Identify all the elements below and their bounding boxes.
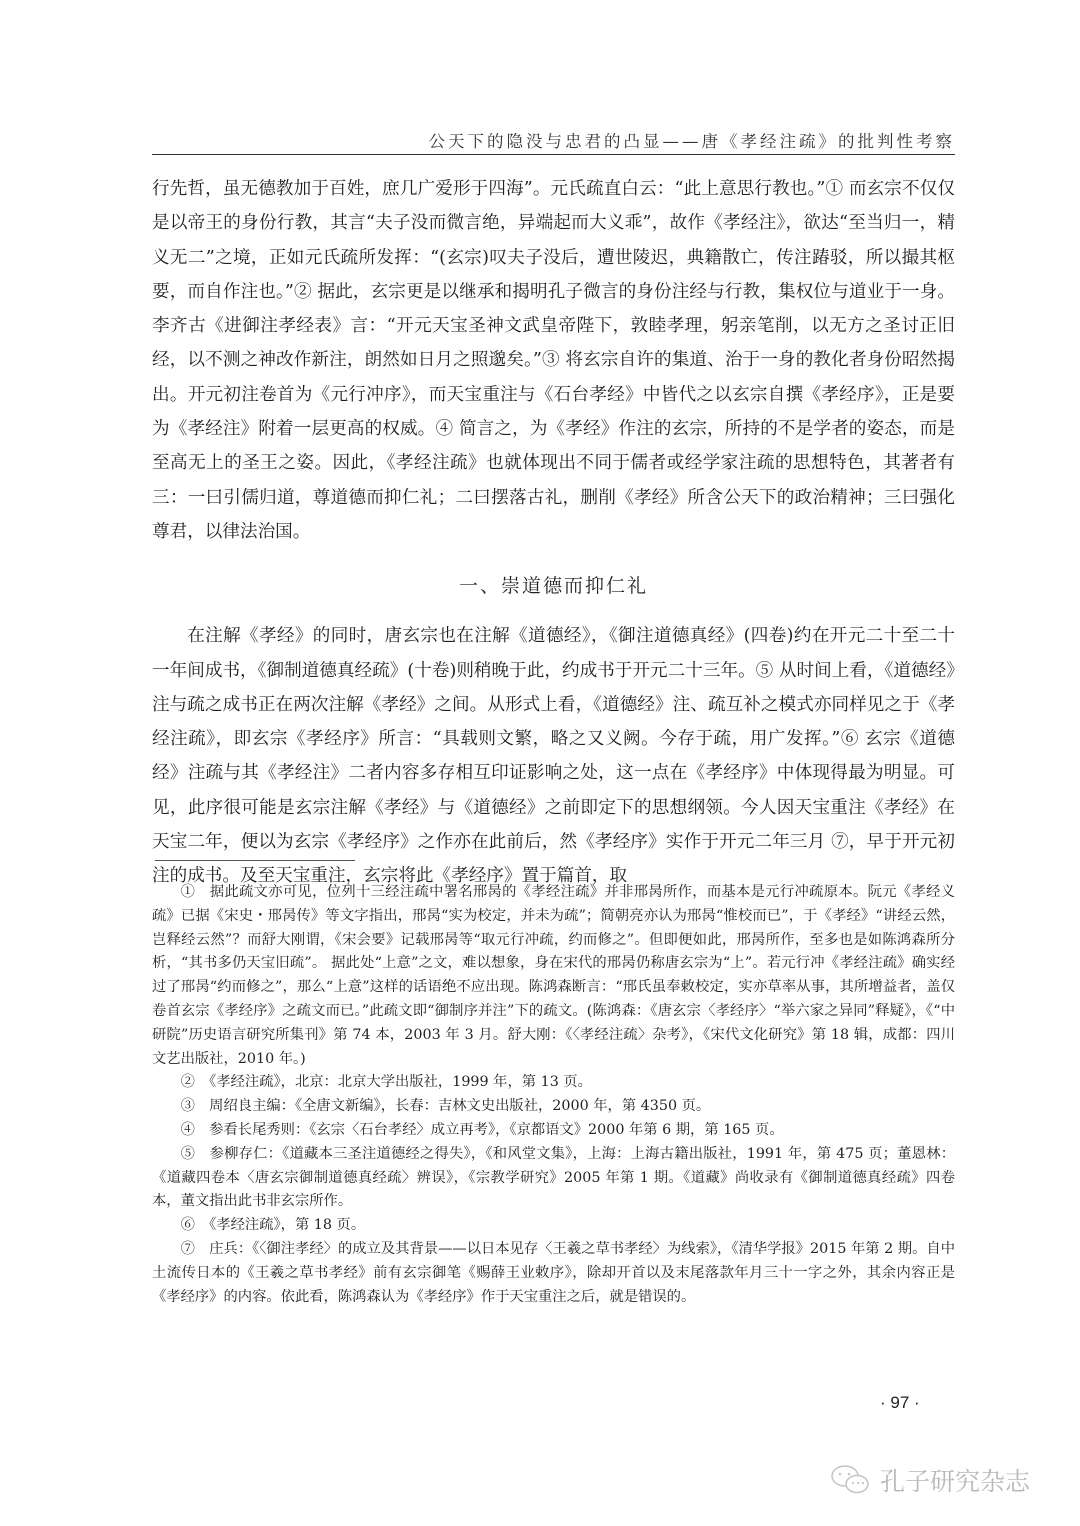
footnote-1: ① 据此疏文亦可见，位列十三经注疏中署名邢昺的《孝经注疏》并非邢昺所作，而基本是… [152, 881, 955, 1071]
body-paragraph: 行先哲，虽无德教加于百姓，庶几广爱形于四海”。元氏疏直白云：“此上意思行教也。”… [152, 172, 955, 549]
body-paragraph: 在注解《孝经》的同时，唐玄宗也在注解《道德经》，《御注道德真经》(四卷)约在开元… [152, 619, 955, 893]
running-head-title: 公天下的隐没与忠君的凸显——唐《孝经注疏》的批判性考察 [152, 128, 955, 152]
footnote-4: ④ 参看长尾秀则：《玄宗〈石台孝经〉成立再考》，《京都语文》2000 年第 6 … [152, 1119, 955, 1143]
section-title: 一、崇道德而抑仁礼 [152, 569, 955, 603]
watermark-text: 孔子研究杂志 [880, 1462, 1030, 1498]
footnote-6: ⑥ 《孝经注疏》，第 18 页。 [152, 1214, 955, 1238]
footnote-2: ② 《孝经注疏》，北京：北京大学出版社，1999 年，第 13 页。 [152, 1071, 955, 1095]
watermark: 孔子研究杂志 [830, 1462, 1030, 1498]
footnote-separator [155, 860, 355, 861]
footnotes: ① 据此疏文亦可见，位列十三经注疏中署名邢昺的《孝经注疏》并非邢昺所作，而基本是… [152, 881, 955, 1309]
page-number: · 97 · [880, 1393, 920, 1413]
footnote-7: ⑦ 庄兵：《〈御注孝经〉的成立及其背景——以日本见存〈王羲之草书孝经〉为线索》，… [152, 1238, 955, 1309]
footnote-5: ⑤ 参柳存仁：《道藏本三圣注道德经之得失》，《和风堂文集》，上海：上海古籍出版社… [152, 1143, 955, 1214]
footnote-3: ③ 周绍良主编：《全唐文新编》，长春：吉林文史出版社，2000 年，第 4350… [152, 1095, 955, 1119]
header-rule [152, 154, 955, 155]
main-body: 行先哲，虽无德教加于百姓，庶几广爱形于四海”。元氏疏直白云：“此上意思行教也。”… [152, 172, 955, 894]
wechat-icon [830, 1463, 872, 1497]
